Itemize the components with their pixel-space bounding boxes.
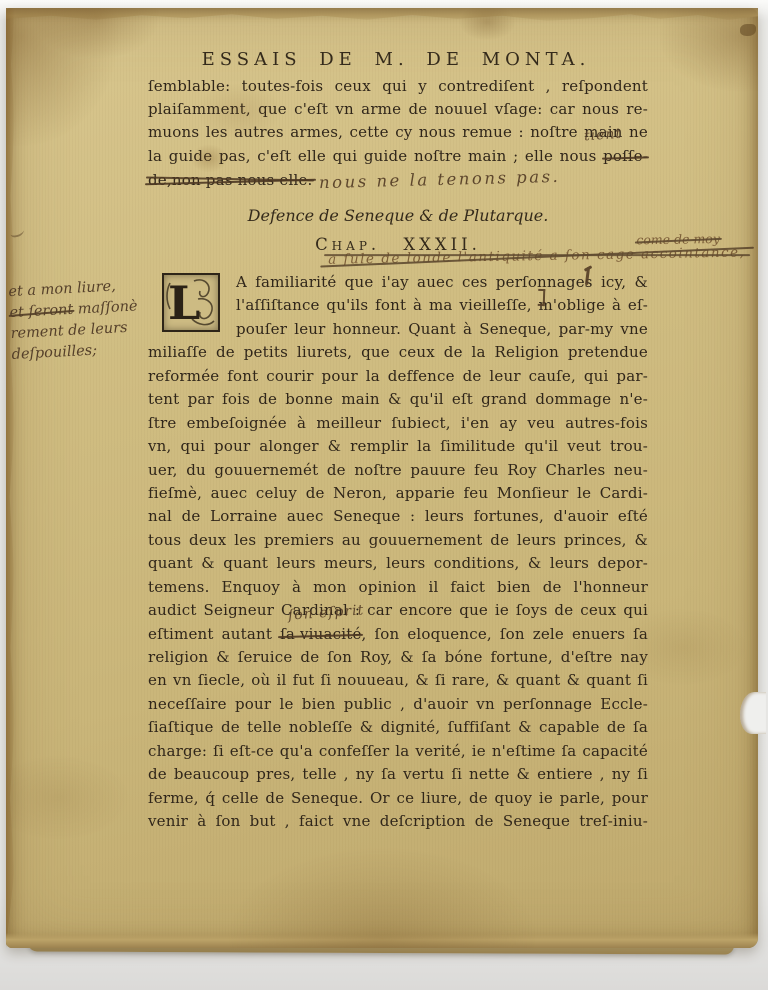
print-line: tous deux les premiers au gouuernement d… [148, 529, 648, 552]
print-line: ſtre embeſoignée à meilleur ſubiect, i'e… [148, 412, 648, 435]
print-line: muons les autres armes, cette cy nous re… [148, 121, 648, 144]
print-line: tent par fois de bonne main & qu'il eſt … [148, 388, 648, 411]
print-line: reformée font courir pour la deffence de… [148, 365, 648, 388]
book-page: ESSAIS DE M. DE MONTA. ſemblable: toutes… [6, 8, 758, 948]
handwritten-correction: nous ne la tenons pas. [318, 165, 560, 195]
struck-out-print: de,non pas nous elle. [148, 169, 313, 192]
print-line: de beaucoup pres, telle , ny ſa vertu ſi… [148, 763, 648, 786]
print-line: A familiarité que i'ay auec ces perſonna… [148, 271, 648, 294]
print-text: eſtiment autant [148, 625, 280, 643]
photo-of-book-page: ESSAIS DE M. DE MONTA. ſemblable: toutes… [0, 0, 768, 990]
print-line: vn, qui pour alonger & remplir la ſimili… [148, 435, 648, 458]
crossed-out-handwritten-note: come de moy a ſule de londe l'antiquité … [328, 231, 762, 268]
chapter-paragraph: L A familiarité que i'ay auec ces perſon… [148, 271, 648, 834]
print-line: religion & ſeruice de ſon Roy, & ſa bóne… [148, 646, 648, 669]
margin-note-text: maſſonè [77, 298, 138, 317]
print-line: ſiaſtique de telle nobleſſe & dignité, ſ… [148, 716, 648, 739]
margin-note: et a mon liure, et ſeront maſſonè rement… [8, 274, 166, 366]
print-line: audict Seigneur Cardinal : car encore qu… [148, 599, 648, 622]
print-line: venir à ſon but , faict vne deſcription … [148, 810, 648, 833]
print-line: charge: ſi eſt-ce qu'a confeſſer la veri… [148, 740, 648, 763]
print-line: nal de Lorraine auec Seneque : leurs for… [148, 505, 648, 528]
print-text: , ſon eloquence, ſon zele enuers ſa [362, 625, 648, 643]
print-line: ferme, q́ celle de Seneque. Or ce liure,… [148, 787, 648, 810]
print-line: uer, du gouuernemét de noſtre pauure feu… [148, 459, 648, 482]
handwritten-insertion-tient: tient [583, 126, 622, 145]
print-line: temens. Enquoy à mon opinion il faict bi… [148, 576, 648, 599]
section-title: Defence de Seneque & de Plutarque. [148, 206, 648, 225]
print-line: pouſer leur honneur. Quant à Seneque, pa… [148, 318, 648, 341]
woodcut-initial: L [162, 273, 220, 332]
print-line: ſemblable: toutes-fois ceux qui y contre… [148, 75, 648, 98]
page-deckle-left-edge [6, 8, 15, 948]
struck-out-print: poſſe- [603, 145, 648, 168]
print-line: plaiſamment, que c'eſt vn arme de nouuel… [148, 98, 648, 121]
print-line-with-correction: la guide pas, c'eſt elle qui guide noſtr… [148, 145, 648, 168]
print-line: en vn ſiecle, où il fut ſi nouueau, & ſi… [148, 669, 648, 692]
struck-out-print: ſa viuacité [280, 623, 361, 646]
print-line: l'aſſiſtance qu'ils font à ma vieilleſſe… [148, 294, 648, 317]
opening-paragraph: ſemblable: toutes-fois ceux qui y contre… [148, 75, 648, 191]
drop-cap-letter: L [168, 277, 200, 329]
print-line: miliaſſe de petits liurets, que ceux de … [148, 341, 648, 364]
insertion-bracket-icon [538, 289, 546, 306]
page-deckle-top-edge [6, 8, 758, 22]
page-bottom-edge [6, 933, 758, 948]
torn-edge-notch [740, 692, 766, 734]
struck-out-handwriting: et ſeront [9, 300, 74, 324]
edge-stain-mark [740, 24, 756, 36]
print-line: neceſſaire pour le bien public , d'auoir… [148, 693, 648, 716]
print-text: la guide pas, c'eſt elle qui guide noſtr… [148, 147, 603, 165]
print-line: fieſmè, auec celuy de Neron, apparie feu… [148, 482, 648, 505]
print-line-with-correction: de,non pas nous elle.nous ne la tenons p… [148, 168, 648, 191]
print-line: quant & quant leurs meurs, leurs conditi… [148, 552, 648, 575]
print-line-with-correction: eſtiment autant ſa viuacité, ſon eloquen… [148, 623, 648, 646]
margin-squiggle-mark [9, 226, 25, 239]
running-header: ESSAIS DE M. DE MONTA. [146, 49, 646, 70]
